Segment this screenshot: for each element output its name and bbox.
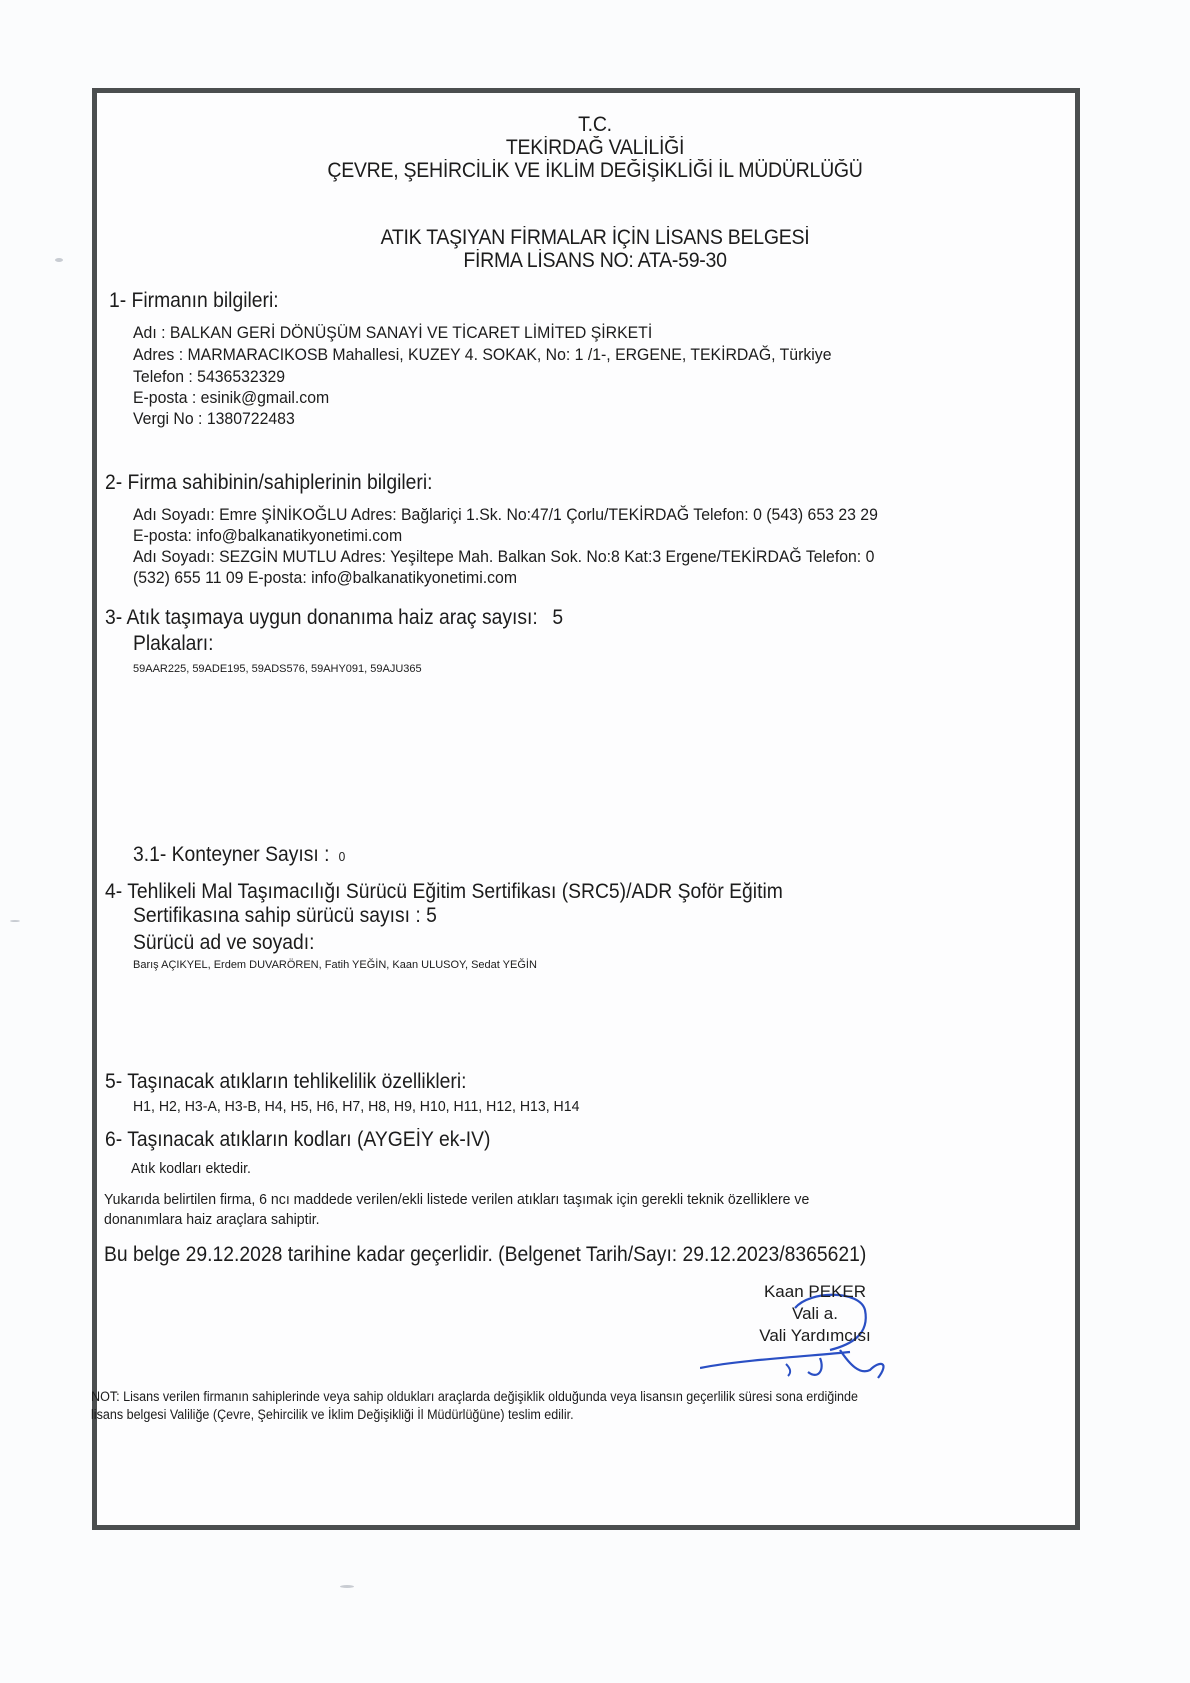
section4-heading-line1: 4- Tehlikeli Mal Taşımacılığı Sürücü Eği… (105, 880, 783, 904)
hazard-properties: H1, H2, H3-A, H3-B, H4, H5, H6, H7, H8, … (133, 1098, 579, 1115)
vehicle-count: 5 (552, 606, 563, 629)
owner2-contact: (532) 655 11 09 E-posta: info@balkanatik… (133, 568, 517, 588)
section4-heading-line2: Sertifikasına sahip sürücü sayısı : 5 (133, 904, 437, 928)
header-directorate: ÇEVRE, ŞEHİRCİLİK VE İKLİM DEĞİŞİKLİĞİ İ… (42, 159, 1149, 183)
section3-heading: 3- Atık taşımaya uygun donanıma haiz ara… (105, 606, 563, 630)
signatory-name: Kaan PEKER (730, 1281, 900, 1303)
statement-line1: Yukarıda belirtilen firma, 6 ncı maddede… (104, 1191, 809, 1208)
owner2-info: Adı Soyadı: SEZGİN MUTLU Adres: Yeşiltep… (133, 547, 874, 567)
driver-names: Barış AÇIKYEL, Erdem DUVARÖREN, Fatih YE… (133, 959, 537, 971)
vehicle-plates: 59AAR225, 59ADE195, 59ADS576, 59AHY091, … (133, 663, 422, 675)
statement-line2: donanımlara haiz araçlara sahiptir. (104, 1211, 320, 1228)
scan-artifact (10, 920, 20, 922)
section2-heading: 2- Firma sahibinin/sahiplerinin bilgiler… (105, 471, 433, 495)
document-title: ATIK TAŞIYAN FİRMALAR İÇİN LİSANS BELGES… (42, 226, 1149, 250)
license-number: FİRMA LİSANS NO: ATA-59-30 (42, 249, 1149, 273)
company-name: Adı : BALKAN GERİ DÖNÜŞÜM SANAYİ VE TİCA… (133, 323, 652, 343)
company-email: E-posta : esinik@gmail.com (133, 388, 329, 408)
waste-codes: Atık kodları ektedir. (131, 1160, 251, 1177)
validity-statement: Bu belge 29.12.2028 tarihine kadar geçer… (104, 1243, 866, 1267)
scan-artifact (340, 1585, 354, 1588)
header-valilik: TEKİRDAĞ VALİLİĞİ (42, 136, 1149, 160)
owner1-email: E-posta: info@balkanatikyonetimi.com (133, 526, 402, 546)
company-phone: Telefon : 5436532329 (133, 367, 285, 387)
company-tax-no: Vergi No : 1380722483 (133, 409, 295, 429)
drivers-label: Sürücü ad ve soyadı: (133, 931, 315, 955)
container-count-label: 3.1- Konteyner Sayısı : (133, 843, 330, 866)
scan-artifact (55, 258, 63, 262)
container-count-row: 3.1- Konteyner Sayısı : 0 (133, 843, 345, 867)
section6-heading: 6- Taşınacak atıkların kodları (AYGEİY e… (105, 1128, 490, 1152)
signatory-capacity: Vali a. (730, 1303, 900, 1325)
signatory-title: Vali Yardımcısı (730, 1325, 900, 1347)
section5-heading: 5- Taşınacak atıkların tehlikelilik özel… (105, 1070, 467, 1094)
plates-label: Plakaları: (133, 632, 214, 656)
section3-label: 3- Atık taşımaya uygun donanıma haiz ara… (105, 606, 538, 629)
signatory-block: Kaan PEKER Vali a. Vali Yardımcısı (730, 1281, 900, 1347)
header-tc: T.C. (42, 113, 1149, 137)
note-line2: lisans belgesi Valiliğe (Çevre, Şehircil… (91, 1406, 574, 1424)
company-address: Adres : MARMARACIKOSB Mahallesi, KUZEY 4… (133, 345, 831, 365)
owner1-info: Adı Soyadı: Emre ŞİNİKOĞLU Adres: Bağlar… (133, 505, 878, 525)
section1-heading: 1- Firmanın bilgileri: (109, 289, 279, 313)
container-count-value: 0 (339, 849, 346, 864)
note-line1: NOT: Lisans verilen firmanın sahiplerind… (91, 1388, 858, 1406)
